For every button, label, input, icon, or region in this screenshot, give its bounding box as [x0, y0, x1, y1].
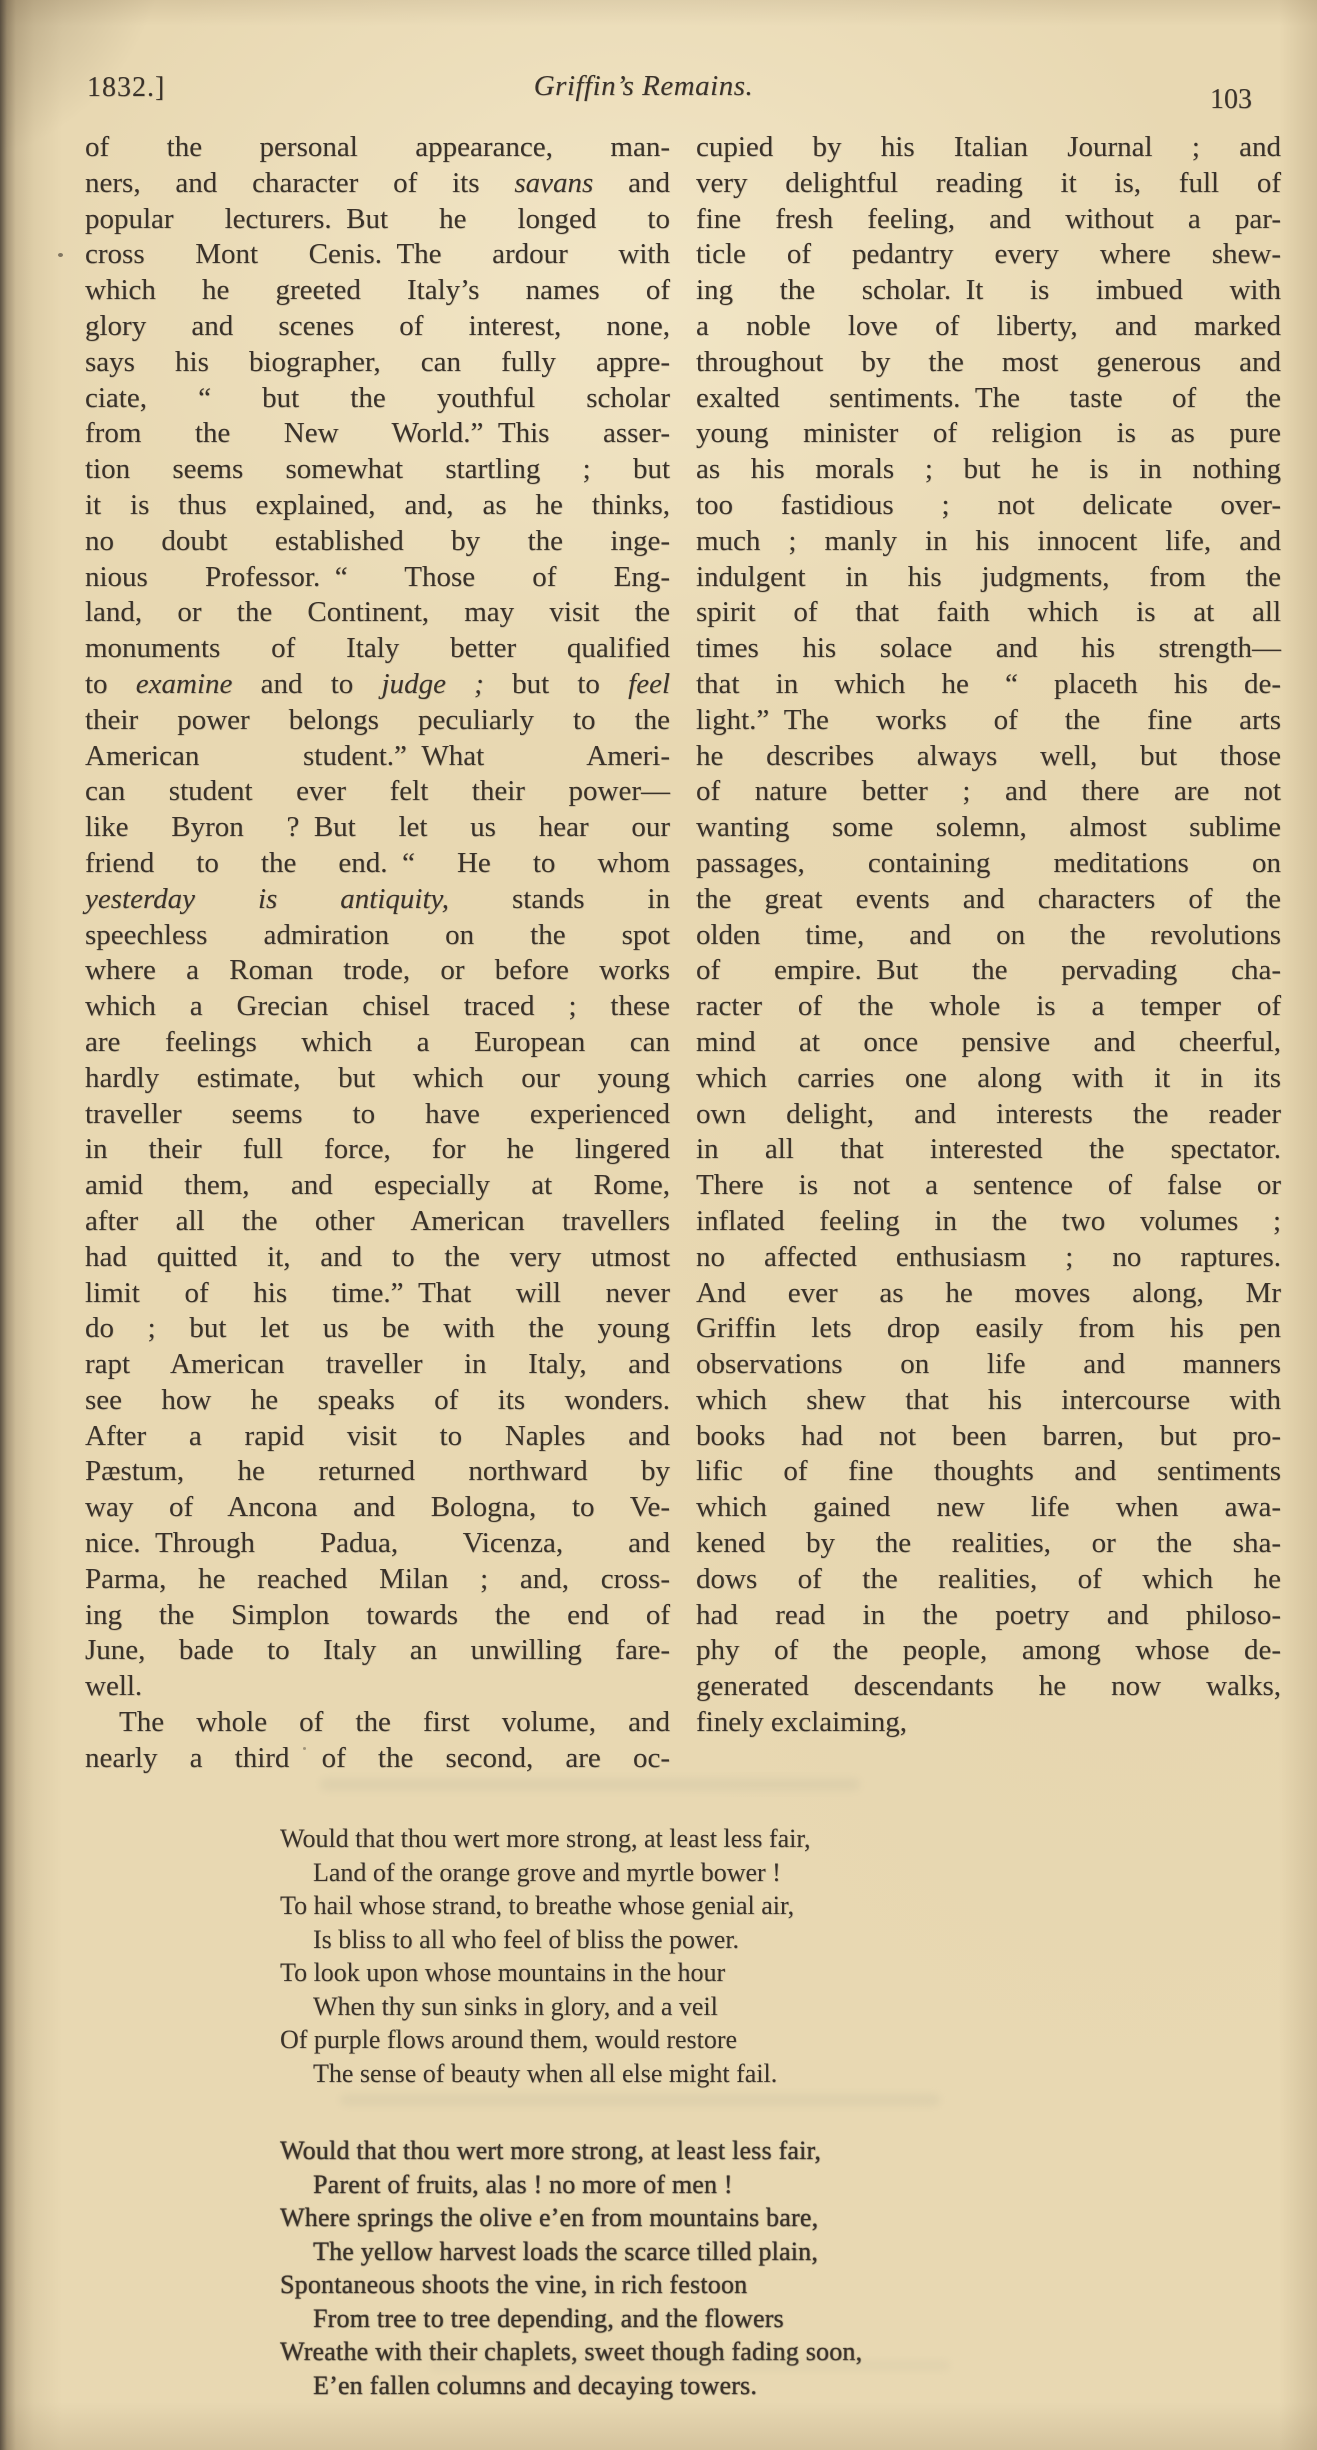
page-title: Griffin’s Remains.	[85, 70, 1202, 103]
text-line: After a rapid visit to Naples and	[85, 1419, 670, 1455]
text-line: passages, containing meditations on	[696, 846, 1281, 882]
bleedthrough-smudge	[320, 1778, 860, 1791]
text-line: which he greeted Italy’s names of	[85, 273, 670, 309]
poem-block: Would that thou wert more strong, at lea…	[280, 1822, 1025, 2446]
text-line: can student ever felt their power—	[85, 774, 670, 810]
poem-line: E’en fallen columns and decaying towers.	[280, 2369, 1025, 2403]
text-line: And ever as he moves along, Mr	[696, 1276, 1281, 1312]
text-line: the great events and characters of the	[696, 882, 1281, 918]
poem-line: Parent of fruits, alas ! no more of men …	[280, 2168, 1025, 2202]
text-column-left: of the personal appearance, man-ners, an…	[85, 130, 670, 1777]
text-line: no affected enthusiasm ; no raptures.	[696, 1240, 1281, 1276]
bleedthrough-smudge	[430, 2360, 950, 2371]
text-line: very delightful reading it is, full of	[696, 166, 1281, 202]
text-line: of the personal appearance, man-	[85, 130, 670, 166]
text-line: nearly a third of the second, are oc-	[85, 1741, 670, 1777]
body-text: of the personal appearance, man-ners, an…	[85, 130, 1281, 1777]
text-line: Parma, he reached Milan ; and, cross-	[85, 1562, 670, 1598]
text-line: popular lecturers. But he longed to	[85, 202, 670, 238]
paper-speck	[1240, 636, 1243, 639]
text-line: racter of the whole is a temper of	[696, 989, 1281, 1025]
text-line: too fastidious ; not delicate over-	[696, 488, 1281, 524]
text-line: after all the other American travellers	[85, 1204, 670, 1240]
text-line: own delight, and interests the reader	[696, 1097, 1281, 1133]
text-line: hardly estimate, but which our young	[85, 1061, 670, 1097]
text-line: it is thus explained, and, as he thinks,	[85, 488, 670, 524]
text-line: monuments of Italy better qualified	[85, 631, 670, 667]
text-line: from the New World.” This asser-	[85, 416, 670, 452]
text-line: see how he speaks of its wonders.	[85, 1383, 670, 1419]
text-line: like Byron ? But let us hear our	[85, 810, 670, 846]
page-header: 1832.] Griffin’s Remains. 103	[85, 70, 1262, 114]
text-line: traveller seems to have experienced	[85, 1097, 670, 1133]
text-line: limit of his time.” That will never	[85, 1276, 670, 1312]
text-line: nious Professor. “ Those of Eng-	[85, 560, 670, 596]
text-line: of nature better ; and there are not	[696, 774, 1281, 810]
text-line: Pæstum, he returned northward by	[85, 1454, 670, 1490]
text-line: June, bade to Italy an unwilling fare-	[85, 1633, 670, 1669]
text-line: dows of the realities, of which he	[696, 1562, 1281, 1598]
text-line: young minister of religion is as pure	[696, 416, 1281, 452]
poem-line: Land of the orange grove and myrtle bowe…	[280, 1856, 1025, 1890]
text-line: speechless admiration on the spot	[85, 918, 670, 954]
poem-line: To look upon whose mountains in the hour	[280, 1956, 1025, 1990]
text-line: which shew that his intercourse with	[696, 1383, 1281, 1419]
text-line: which a Grecian chisel traced ; these	[85, 989, 670, 1025]
text-line: ing the scholar. It is imbued with	[696, 273, 1281, 309]
poem-line: Would that thou wert more strong, at lea…	[280, 2134, 1025, 2168]
text-line: which gained new life when awa-	[696, 1490, 1281, 1526]
text-line: olden time, and on the revolutions	[696, 918, 1281, 954]
text-line: spirit of that faith which is at all	[696, 595, 1281, 631]
text-line: kened by the realities, or the sha-	[696, 1526, 1281, 1562]
text-line: land, or the Continent, may visit the	[85, 595, 670, 631]
text-line: a noble love of liberty, and marked	[696, 309, 1281, 345]
text-line: exalted sentiments. The taste of the	[696, 381, 1281, 417]
text-line: says his biographer, can fully appre-	[85, 345, 670, 381]
text-line: had quitted it, and to the very utmost	[85, 1240, 670, 1276]
text-line: observations on life and manners	[696, 1347, 1281, 1383]
text-line: yesterday is antiquity, stands in	[85, 882, 670, 918]
text-line: glory and scenes of interest, none,	[85, 309, 670, 345]
text-line: There is not a sentence of false or	[696, 1168, 1281, 1204]
scanned-book-page: 1832.] Griffin’s Remains. 103 of the per…	[0, 0, 1317, 2450]
text-column-right: cupied by his Italian Journal ; andvery …	[696, 130, 1281, 1777]
text-line: times his solace and his strength—	[696, 631, 1281, 667]
text-line: that in which he “ placeth his de-	[696, 667, 1281, 703]
text-line: where a Roman trode, or before works	[85, 953, 670, 989]
text-line: indulgent in his judgments, from the	[696, 560, 1281, 596]
poem-line: The yellow harvest loads the scarce till…	[280, 2235, 1025, 2269]
poem-line: The sense of beauty when all else might …	[280, 2057, 1025, 2091]
text-line: inflated feeling in the two volumes ;	[696, 1204, 1281, 1240]
text-line: well.	[85, 1669, 670, 1705]
text-line: which carries one along with it in its	[696, 1061, 1281, 1097]
poem-line: To hail whose strand, to breathe whose g…	[280, 1889, 1025, 1923]
text-line: throughout by the most generous and	[696, 345, 1281, 381]
text-line: The whole of the first volume, and	[85, 1705, 670, 1741]
text-line: phy of the people, among whose de-	[696, 1633, 1281, 1669]
text-line: in their full force, for he lingered	[85, 1132, 670, 1168]
text-line: rapt American traveller in Italy, and	[85, 1347, 670, 1383]
text-line: ticle of pedantry every where shew-	[696, 237, 1281, 273]
poem-stanza-1: Would that thou wert more strong, at lea…	[280, 1822, 1025, 2090]
text-line: no doubt established by the inge-	[85, 524, 670, 560]
poem-line: Would that thou wert more strong, at lea…	[280, 1822, 1025, 1856]
text-line: do ; but let us be with the young	[85, 1311, 670, 1347]
text-line: ciate, “ but the youthful scholar	[85, 381, 670, 417]
text-line: cupied by his Italian Journal ; and	[696, 130, 1281, 166]
text-line: amid them, and especially at Rome,	[85, 1168, 670, 1204]
page-number: 103	[1210, 84, 1252, 116]
poem-line: When thy sun sinks in glory, and a veil	[280, 1990, 1025, 2024]
text-line: wanting some solemn, almost sublime	[696, 810, 1281, 846]
text-line: ing the Simplon towards the end of	[85, 1598, 670, 1634]
text-line: cross Mont Cenis. The ardour with	[85, 237, 670, 273]
text-line: American student.” What Ameri-	[85, 739, 670, 775]
text-line: are feelings which a European can	[85, 1025, 670, 1061]
text-line: much ; manly in his innocent life, and	[696, 524, 1281, 560]
poem-line: Is bliss to all who feel of bliss the po…	[280, 1923, 1025, 1957]
text-line: lific of fine thoughts and sentiments	[696, 1454, 1281, 1490]
text-line: nice. Through Padua, Vicenza, and	[85, 1526, 670, 1562]
poem-line: Of purple flows around them, would resto…	[280, 2023, 1025, 2057]
text-line: finely exclaiming,	[696, 1705, 1281, 1741]
paper-speck	[303, 1747, 306, 1750]
text-line: their power belongs peculiarly to the	[85, 703, 670, 739]
text-line: friend to the end. “ He to whom	[85, 846, 670, 882]
text-line: mind at once pensive and cheerful,	[696, 1025, 1281, 1061]
text-line: he describes always well, but those	[696, 739, 1281, 775]
text-line: of empire. But the pervading cha-	[696, 953, 1281, 989]
poem-line: Spontaneous shoots the vine, in rich fes…	[280, 2268, 1025, 2302]
poem-line: From tree to tree depending, and the flo…	[280, 2302, 1025, 2336]
text-line: had read in the poetry and philoso-	[696, 1598, 1281, 1634]
text-line: fine fresh feeling, and without a par-	[696, 202, 1281, 238]
text-line: tion seems somewhat startling ; but	[85, 452, 670, 488]
text-line: to examine and to judge ; but to feel	[85, 667, 670, 703]
text-line: generated descendants he now walks,	[696, 1669, 1281, 1705]
bleedthrough-smudge	[340, 2094, 940, 2106]
text-line: as his morals ; but he is in nothing	[696, 452, 1281, 488]
paper-speck	[58, 253, 63, 257]
poem-line: Where springs the olive e’en from mounta…	[280, 2201, 1025, 2235]
text-line: light.” The works of the fine arts	[696, 703, 1281, 739]
text-line: way of Ancona and Bologna, to Ve-	[85, 1490, 670, 1526]
text-line: ners, and character of its savans and	[85, 166, 670, 202]
text-line: in all that interested the spectator.	[696, 1132, 1281, 1168]
text-line: books had not been barren, but pro-	[696, 1419, 1281, 1455]
text-line: Griffin lets drop easily from his pen	[696, 1311, 1281, 1347]
